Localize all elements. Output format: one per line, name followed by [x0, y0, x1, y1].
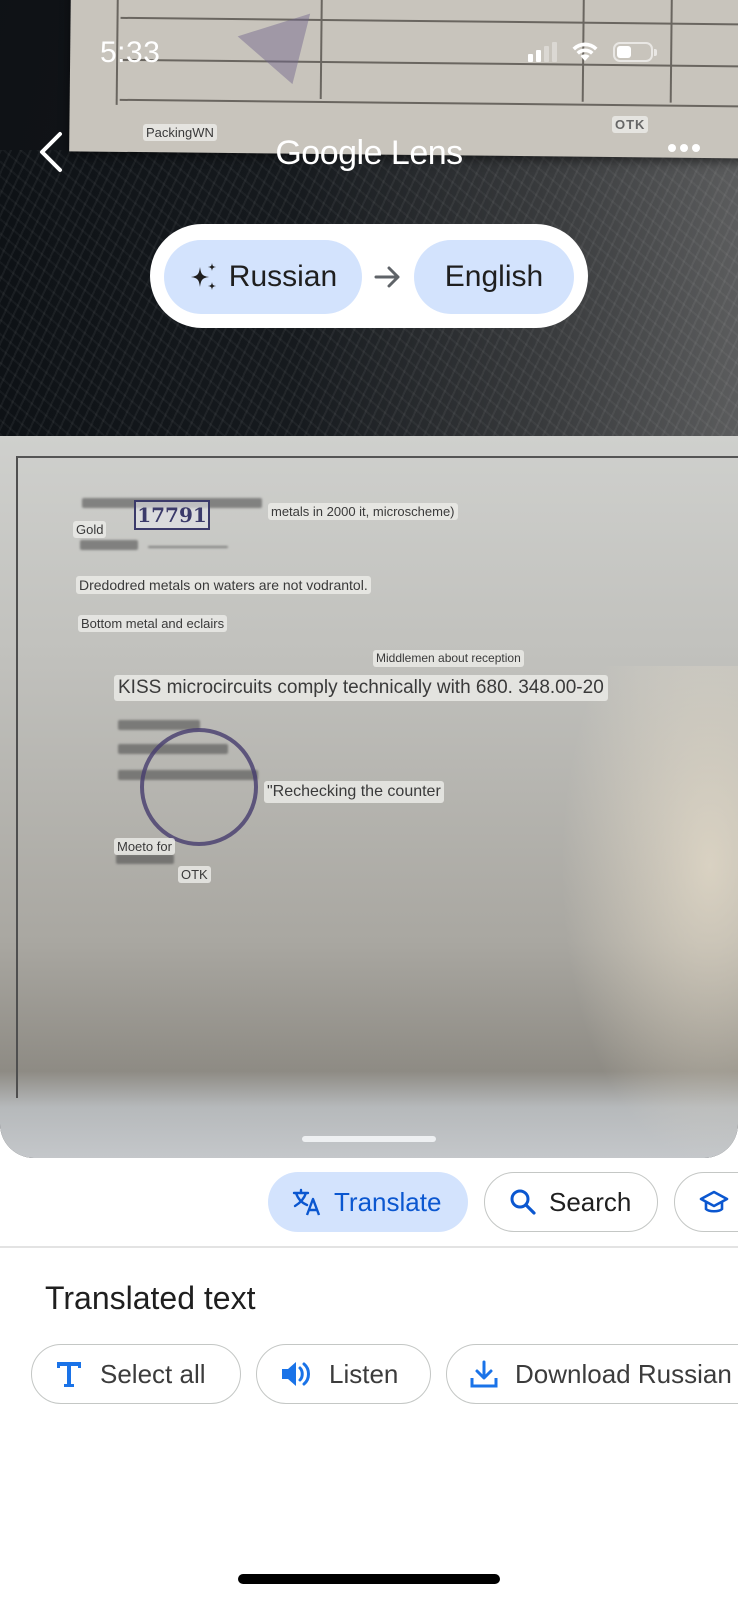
search-chip[interactable]: Search [484, 1172, 658, 1232]
app-title: Google Lens [0, 134, 738, 173]
language-selector: Russian English [150, 224, 588, 328]
ocr-text[interactable]: Gold [73, 521, 106, 538]
wifi-icon [571, 40, 599, 62]
search-chip-label: Search [549, 1187, 631, 1218]
target-language-button[interactable]: English [414, 240, 574, 314]
translate-icon [292, 1187, 322, 1217]
ocr-text[interactable]: metals in 2000 it, microscheme) [268, 503, 458, 520]
graduation-cap-icon [699, 1188, 729, 1216]
text-select-icon [54, 1359, 84, 1389]
ocr-text[interactable]: Middlemen about reception [373, 650, 524, 667]
translation-tools: Select all Listen Download Russian [0, 1344, 738, 1406]
select-all-button[interactable]: Select all [31, 1344, 241, 1404]
ocr-text[interactable]: "Rechecking the counter [264, 781, 444, 803]
status-time: 5:33 [100, 36, 160, 70]
ocr-text[interactable]: Bottom metal and eclairs [78, 615, 227, 632]
ocr-text[interactable]: Dredodred metals on waters are not vodra… [76, 576, 371, 594]
target-language-label: English [445, 260, 543, 294]
select-all-label: Select all [100, 1359, 206, 1390]
more-horizontal-icon [668, 144, 676, 152]
more-options-button[interactable] [668, 144, 700, 152]
homework-chip[interactable] [674, 1172, 738, 1232]
ocr-label-otk-top[interactable]: OTK [612, 116, 648, 133]
round-stamp [140, 728, 258, 846]
ocr-text[interactable]: Moeto for [114, 838, 175, 855]
stamped-number: 17791 [134, 500, 210, 530]
search-icon [509, 1188, 537, 1216]
home-indicator[interactable] [238, 1574, 500, 1584]
sparkle-icon [189, 262, 219, 292]
translate-chip-label: Translate [334, 1187, 441, 1218]
divider [0, 1246, 738, 1248]
listen-label: Listen [329, 1359, 398, 1390]
listen-button[interactable]: Listen [256, 1344, 431, 1404]
source-language-button[interactable]: Russian [164, 240, 362, 314]
ocr-text[interactable]: OTK [178, 866, 211, 883]
download-language-label: Download Russian [515, 1359, 732, 1390]
download-icon [469, 1359, 499, 1389]
triangle-stamp [238, 14, 329, 96]
translated-text-title: Translated text [45, 1280, 255, 1317]
arrow-right-icon [368, 262, 408, 292]
status-icons [528, 40, 653, 62]
mode-chips: Translate Search [0, 1172, 738, 1236]
speaker-icon [279, 1359, 313, 1389]
cellular-signal-icon [528, 42, 557, 62]
ocr-text[interactable]: KISS microcircuits comply technically wi… [114, 675, 608, 701]
battery-icon [613, 42, 653, 62]
download-language-button[interactable]: Download Russian [446, 1344, 738, 1404]
source-language-label: Russian [229, 260, 337, 294]
translate-chip[interactable]: Translate [268, 1172, 468, 1232]
sheet-drag-handle[interactable] [302, 1136, 436, 1142]
camera-viewport[interactable]: PackingWN OTK 17791 metals in 2000 it, m… [0, 0, 738, 1158]
